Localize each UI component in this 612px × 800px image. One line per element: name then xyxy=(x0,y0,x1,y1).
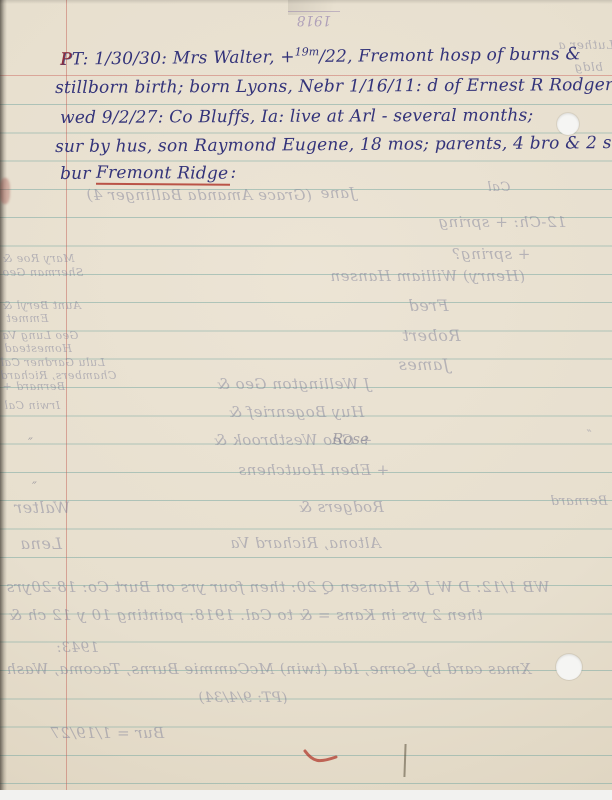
bleedthrough-text: + Geo Westbrook & xyxy=(213,431,372,449)
bleedthrough-text: Xmas card by Sorne, Ida (twin) McCammie … xyxy=(6,660,531,678)
bleedthrough-text: Luther a xyxy=(558,38,612,52)
bleedthrough-text: Rodgers & xyxy=(298,498,384,516)
bleedthrough-text: then 2 yrs in Kans = & to Cal. 1918: pai… xyxy=(8,606,483,624)
note-line-1-text: T: 1/30/30: Mrs Walter, + xyxy=(72,47,295,69)
bleedthrough-text: Lulu Gardner Cal xyxy=(0,356,105,369)
bleedthrough-text: Emmet xyxy=(6,312,48,325)
year-note: 1918 xyxy=(288,11,340,28)
note-line-5-post: : xyxy=(230,163,236,183)
note-line-4: sur by hus, son Raymond Eugene, 18 mos; … xyxy=(55,133,612,157)
note-line-2: stillborn birth; born Lyons, Nebr 1/16/1… xyxy=(55,75,612,98)
bleedthrough-text: + spring? xyxy=(452,245,530,263)
bleedthrough-text: Mary Roe & xyxy=(2,252,75,265)
paper: 1918 PT: 1/30/30: Mrs Walter, +19m/22, F… xyxy=(0,0,612,790)
bleedthrough-text: (Grace Amanda Ballinger 4) xyxy=(86,186,312,204)
note-line-5-pre: bur xyxy=(60,164,96,184)
note-line-1-tail: /22, Fremont hosp of burns & xyxy=(319,44,581,67)
bleedthrough-text: Jane xyxy=(320,184,356,202)
bleedthrough-text: 1943: xyxy=(56,640,99,656)
punch-hole-bottom xyxy=(556,654,582,680)
bleedthrough-text: Huy Bogenrief & xyxy=(228,403,364,421)
scanned-page: 1918 PT: 1/30/30: Mrs Walter, +19m/22, F… xyxy=(0,0,612,800)
bleedthrough-text: Geo Lung Va xyxy=(2,329,78,342)
bleedthrough-text: J Wellington Geo & xyxy=(216,375,370,393)
note-line-5: bur Fremont Ridge: xyxy=(60,163,236,186)
bleedthrough-text: James xyxy=(398,355,449,374)
bleedthrough-text: Bernard + xyxy=(2,380,65,393)
bleedthrough-text: Homestead xyxy=(4,342,72,355)
bleedthrough-text: Bur = 1/19/27 xyxy=(50,724,164,742)
bleedthrough-text: Sherman Geo xyxy=(2,266,83,279)
red-checkmark xyxy=(303,748,339,768)
bleedthrough-text: + Eben Houtchens xyxy=(238,461,389,479)
bleedthrough-text: WB 1/12: D W J & Hansen Q 20: then four … xyxy=(6,578,550,596)
bleedthrough-text: Lena xyxy=(20,534,62,553)
red-overtraced-letter: P xyxy=(60,50,72,70)
bleedthrough-text: Bernard xyxy=(550,494,608,509)
scanner-background xyxy=(0,790,612,800)
bleedthrough-text: Irwin Cal xyxy=(4,399,60,412)
bleedthrough-text: Altona, Richard Va xyxy=(230,534,381,552)
ditto-mark: ″ xyxy=(28,436,33,451)
bleedthrough-text: 12-Ch: + spring xyxy=(438,213,566,231)
bleedthrough-text: bldg xyxy=(574,60,603,74)
bleedthrough-text: Robert xyxy=(402,326,460,345)
bleedthrough-text: Walter xyxy=(14,498,70,517)
ditto-mark: ″ xyxy=(32,480,37,495)
bleedthrough-text: Cal xyxy=(487,180,510,195)
bleedthrough-text: Fred xyxy=(408,296,448,315)
red-underline: Fremont Ridge xyxy=(96,163,230,186)
ink-smudge xyxy=(0,178,10,204)
bleedthrough-text: Aunt Beryl & xyxy=(2,299,81,312)
note-line-3: wed 9/2/27: Co Bluffs, Ia: live at Arl -… xyxy=(60,106,533,128)
punch-hole-top xyxy=(557,113,579,135)
bleedthrough-text: (PT: 9/4/34) xyxy=(198,690,287,706)
note-line-1: PT: 1/30/30: Mrs Walter, +19m/22, Fremon… xyxy=(60,43,581,70)
bleedthrough-text: (Henry) William Hansen xyxy=(330,267,525,285)
bleedthrough-text: ″ xyxy=(586,428,591,443)
superscript-date: 19m xyxy=(295,45,320,58)
